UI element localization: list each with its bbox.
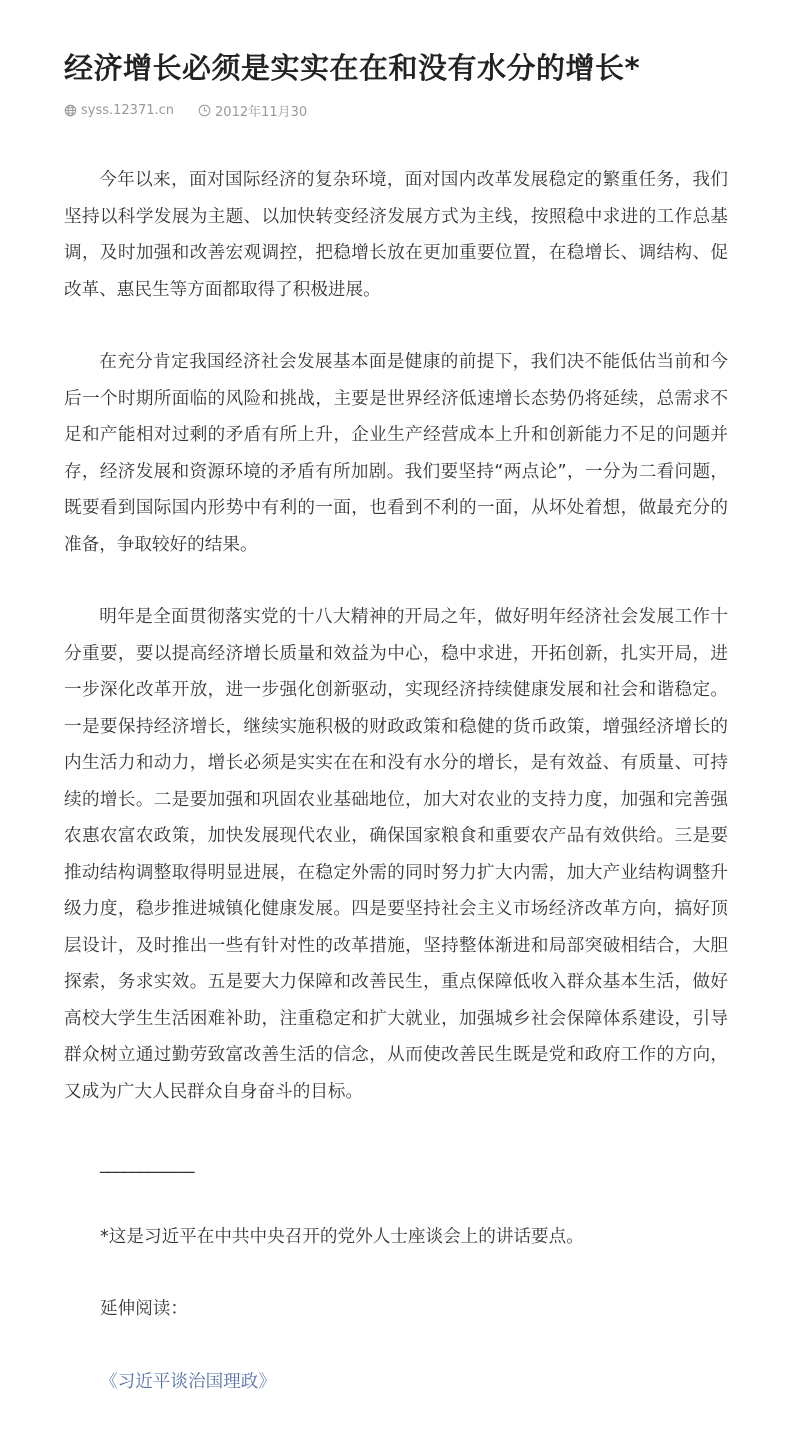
further-reading-link[interactable]: 《习近平谈治国理政》 xyxy=(100,1372,276,1392)
paragraph: 在充分肯定我国经济社会发展基本面是健康的前提下，我们决不能低估当前和今后一个时期… xyxy=(64,344,728,563)
date-meta: 2012年11月30 xyxy=(198,101,307,120)
date-text: 2012年11月30 xyxy=(215,101,307,120)
article-title: 经济增长必须是实实在在和没有水分的增长* xyxy=(64,48,728,88)
article: 经济增长必须是实实在在和没有水分的增长* syss.12371.cn 2012年… xyxy=(64,0,728,1400)
source-meta: syss.12371.cn xyxy=(64,103,174,118)
further-reading-label: 延伸阅读： xyxy=(64,1291,728,1328)
further-reading-item: 《习近平谈治国理政》 xyxy=(64,1364,728,1401)
article-body: 今年以来，面对国际经济的复杂环境，面对国内改革发展稳定的繁重任务，我们坚持以科学… xyxy=(64,162,728,1400)
separator-line: ____________ xyxy=(64,1146,728,1183)
separator-text: ____________ xyxy=(100,1154,194,1174)
paragraph: 今年以来，面对国际经济的复杂环境，面对国内改革发展稳定的繁重任务，我们坚持以科学… xyxy=(64,162,728,308)
clock-icon xyxy=(198,104,211,117)
source-text: syss.12371.cn xyxy=(81,103,174,118)
globe-icon xyxy=(64,104,77,117)
footnote: *这是习近平在中共中央召开的党外人士座谈会上的讲话要点。 xyxy=(64,1219,728,1256)
article-meta: syss.12371.cn 2012年11月30 xyxy=(64,100,728,120)
paragraph: 明年是全面贯彻落实党的十八大精神的开局之年，做好明年经济社会发展工作十分重要，要… xyxy=(64,599,728,1110)
